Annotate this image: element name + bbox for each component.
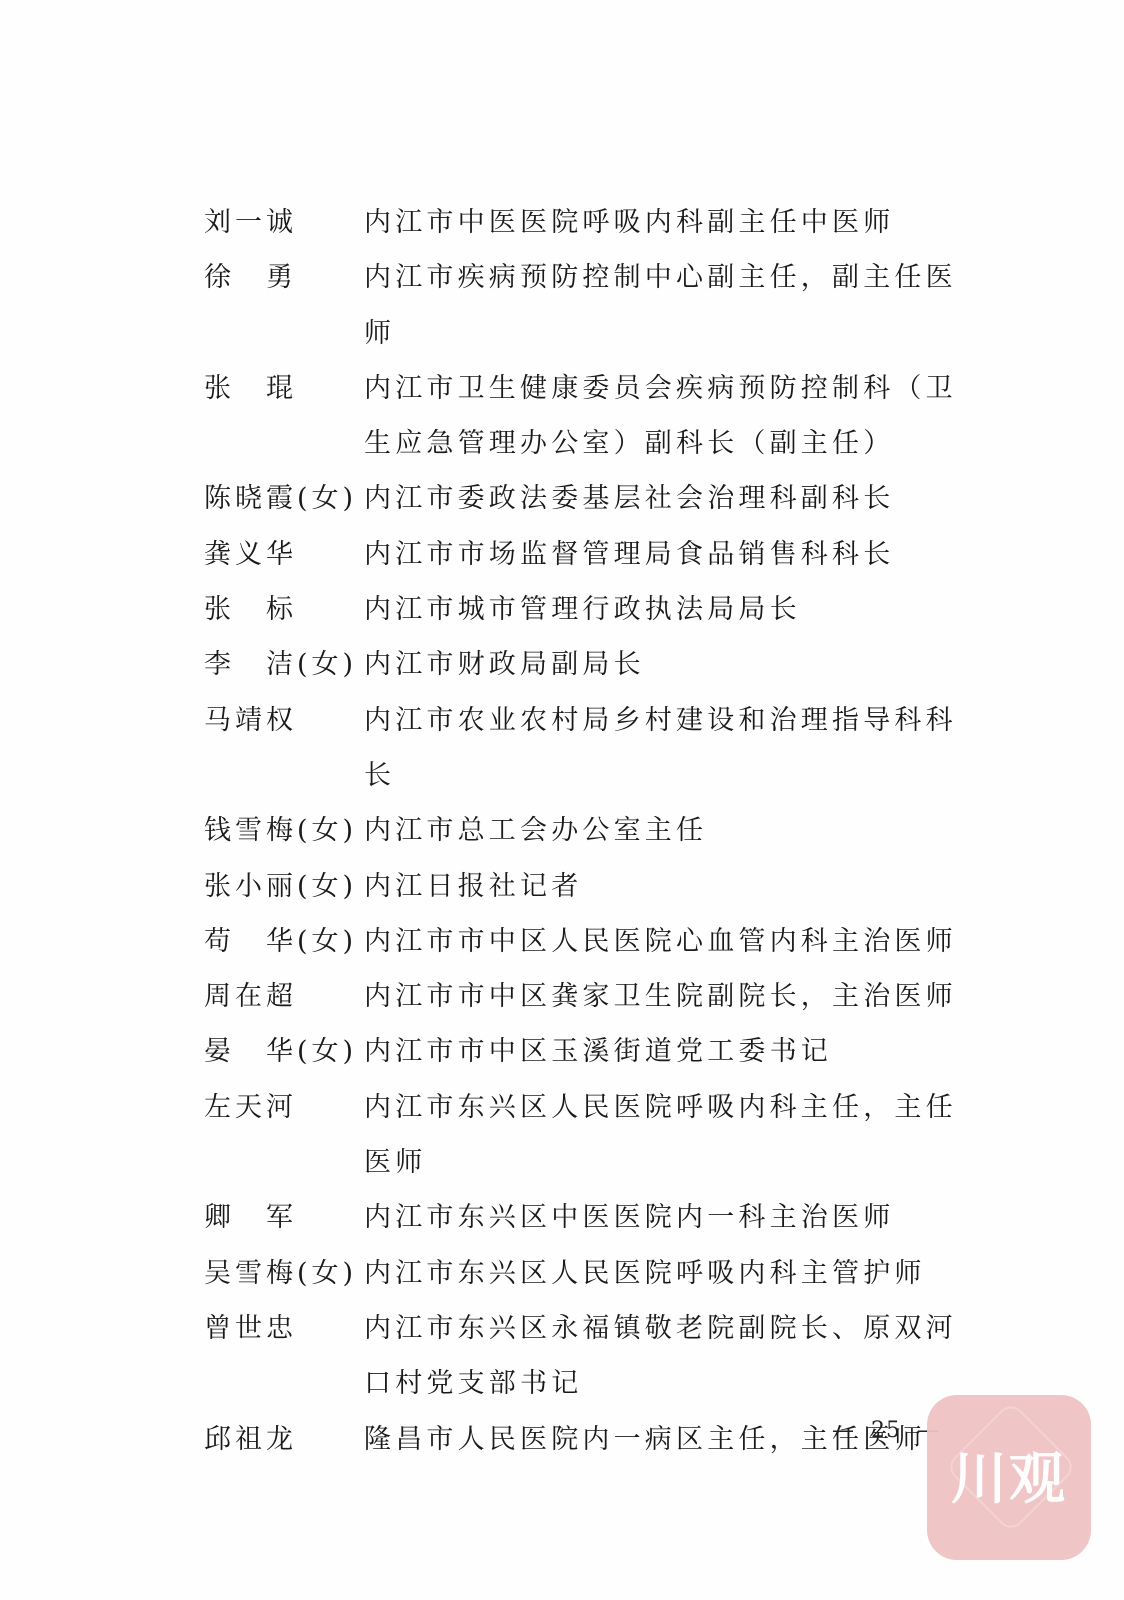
person-title: 内江市中医医院呼吸内科副主任中医师: [364, 195, 969, 250]
person-name: 张小丽(女): [204, 859, 364, 914]
watermark-logo: 川观: [927, 1395, 1091, 1560]
person-title: 内江市市中区玉溪街道党工委书记: [364, 1024, 969, 1079]
list-item: 曾世忠 内江市东兴区永福镇敬老院副院长、原双河口村党支部书记: [204, 1301, 974, 1412]
list-item: 钱雪梅(女) 内江市总工会办公室主任: [204, 803, 974, 858]
list-item: 周在超 内江市市中区龚家卫生院副院长，主治医师: [204, 969, 974, 1024]
person-name: 张 标: [204, 582, 364, 637]
person-title: 内江市财政局副局长: [364, 637, 969, 692]
list-item: 徐 勇 内江市疾病预防控制中心副主任，副主任医师: [204, 250, 974, 361]
person-name: 曾世忠: [204, 1301, 364, 1356]
person-title: 内江市东兴区中医医院内一科主治医师: [364, 1190, 969, 1245]
person-name: 徐 勇: [204, 250, 364, 305]
person-name: 周在超: [204, 969, 364, 1024]
person-title: 内江市东兴区人民医院呼吸内科主管护师: [364, 1246, 969, 1301]
person-name: 钱雪梅(女): [204, 803, 364, 858]
person-title: 内江市东兴区永福镇敬老院副院长、原双河口村党支部书记: [364, 1301, 969, 1412]
person-title: 内江市东兴区人民医院呼吸内科主任，主任医师: [364, 1080, 969, 1191]
watermark-text: 川观: [927, 1435, 1091, 1515]
person-name: 刘一诚: [204, 195, 364, 250]
person-title: 内江市疾病预防控制中心副主任，副主任医师: [364, 250, 969, 361]
person-name: 卿 军: [204, 1190, 364, 1245]
person-name: 邱祖龙: [204, 1412, 364, 1467]
list-item: 张小丽(女) 内江日报社记者: [204, 859, 974, 914]
person-name: 马靖权: [204, 693, 364, 748]
name-list: 刘一诚 内江市中医医院呼吸内科副主任中医师 徐 勇 内江市疾病预防控制中心副主任…: [204, 195, 974, 1467]
person-name: 张 琨: [204, 361, 364, 416]
person-title: 内江市总工会办公室主任: [364, 803, 969, 858]
list-item: 张 琨 内江市卫生健康委员会疾病预防控制科（卫生应急管理办公室）副科长（副主任）: [204, 361, 974, 472]
list-item: 龚义华 内江市市场监督管理局食品销售科科长: [204, 527, 974, 582]
person-name: 李 洁(女): [204, 637, 364, 692]
page-number: — 25 —: [832, 1418, 940, 1443]
person-name: 吴雪梅(女): [204, 1246, 364, 1301]
person-name: 左天河: [204, 1080, 364, 1135]
person-name: 陈晓霞(女): [204, 471, 364, 526]
list-item: 李 洁(女) 内江市财政局副局长: [204, 637, 974, 692]
person-name: 苟 华(女): [204, 914, 364, 969]
list-item: 卿 军 内江市东兴区中医医院内一科主治医师: [204, 1190, 974, 1245]
list-item: 晏 华(女) 内江市市中区玉溪街道党工委书记: [204, 1024, 974, 1079]
person-title: 内江市市中区龚家卫生院副院长，主治医师: [364, 969, 969, 1024]
list-item: 苟 华(女) 内江市市中区人民医院心血管内科主治医师: [204, 914, 974, 969]
list-item: 左天河 内江市东兴区人民医院呼吸内科主任，主任医师: [204, 1080, 974, 1191]
list-item: 刘一诚 内江市中医医院呼吸内科副主任中医师: [204, 195, 974, 250]
person-title: 内江市委政法委基层社会治理科副科长: [364, 471, 969, 526]
person-title: 内江市卫生健康委员会疾病预防控制科（卫生应急管理办公室）副科长（副主任）: [364, 361, 969, 472]
person-name: 晏 华(女): [204, 1024, 364, 1079]
person-title: 内江市市中区人民医院心血管内科主治医师: [364, 914, 969, 969]
list-item: 张 标 内江市城市管理行政执法局局长: [204, 582, 974, 637]
list-item: 吴雪梅(女) 内江市东兴区人民医院呼吸内科主管护师: [204, 1246, 974, 1301]
list-item: 马靖权 内江市农业农村局乡村建设和治理指导科科长: [204, 693, 974, 804]
person-title: 内江日报社记者: [364, 859, 969, 914]
document-page: 刘一诚 内江市中医医院呼吸内科副主任中医师 徐 勇 内江市疾病预防控制中心副主任…: [0, 0, 1124, 1600]
person-title: 内江市市场监督管理局食品销售科科长: [364, 527, 969, 582]
person-title: 内江市农业农村局乡村建设和治理指导科科长: [364, 693, 969, 804]
list-item: 陈晓霞(女) 内江市委政法委基层社会治理科副科长: [204, 471, 974, 526]
person-title: 内江市城市管理行政执法局局长: [364, 582, 969, 637]
person-name: 龚义华: [204, 527, 364, 582]
